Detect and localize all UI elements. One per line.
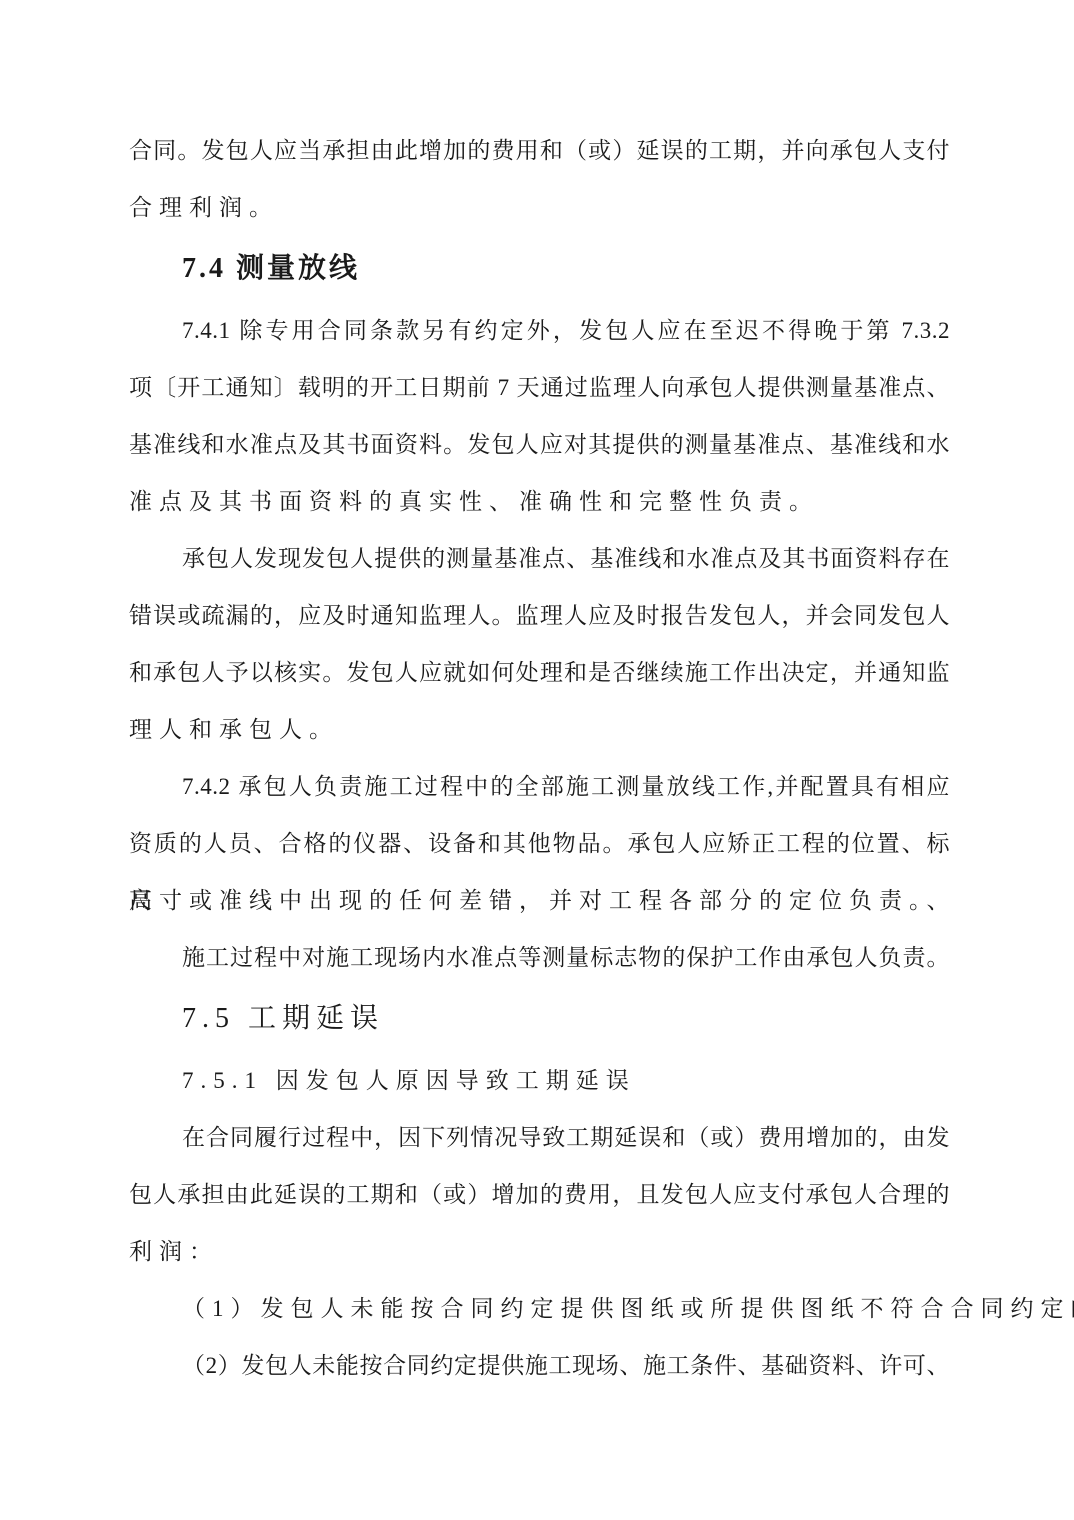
clause-7-4-1-line: 7.4.1 除专用合同条款另有约定外，发包人应在至迟不得晚于第 7.3.2 [129, 302, 950, 359]
document-line: 资质的人员、合格的仪器、设备和其他物品。承包人应矫正工程的位置、标高、 [129, 815, 950, 872]
document-line: 包人承担由此延误的工期和（或）增加的费用，且发包人应支付承包人合理的 [129, 1166, 950, 1223]
document-line: 准点及其书面资料的真实性、准确性和完整性负责。 [129, 473, 950, 530]
document-line: 项〔开工通知〕载明的开工日期前 7 天通过监理人向承包人提供测量基准点、 [129, 359, 950, 416]
section-heading-7-5: 7.5 工期延误 [129, 986, 950, 1052]
document-page: 合同。发包人应当承担由此增加的费用和（或）延误的工期，并向承包人支付 合理利润。… [0, 0, 1074, 1520]
document-line: 错误或疏漏的，应及时通知监理人。监理人应及时报告发包人，并会同发包人 [129, 587, 950, 644]
document-line: 承包人发现发包人提供的测量基准点、基准线和水准点及其书面资料存在 [129, 530, 950, 587]
document-line: 基准线和水准点及其书面资料。发包人应对其提供的测量基准点、基准线和水 [129, 416, 950, 473]
document-line: 合理利润。 [129, 179, 950, 236]
clause-7-4-2-line: 7.4.2 承包人负责施工过程中的全部施工测量放线工作,并配置具有相应 [129, 758, 950, 815]
list-item-1-line: （1）发包人未能按合同约定提供图纸或所提供图纸不符合合同约定的； [129, 1280, 950, 1337]
list-item-2-line: （2）发包人未能按合同约定提供施工现场、施工条件、基础资料、许可、 [129, 1337, 950, 1394]
document-line: 理人和承包人。 [129, 701, 950, 758]
document-line: 在合同履行过程中，因下列情况导致工期延误和（或）费用增加的，由发 [129, 1109, 950, 1166]
document-line: 尺寸或准线中出现的任何差错，并对工程各部分的定位负责。 [129, 872, 950, 929]
document-line: 合同。发包人应当承担由此增加的费用和（或）延误的工期，并向承包人支付 [129, 122, 950, 179]
section-heading-7-4: 7.4 测量放线 [129, 236, 950, 302]
document-line: 利润： [129, 1223, 950, 1280]
clause-7-5-1-line: 7.5.1 因发包人原因导致工期延误 [129, 1052, 950, 1109]
document-line: 施工过程中对施工现场内水准点等测量标志物的保护工作由承包人负责。 [129, 929, 950, 986]
document-line: 和承包人予以核实。发包人应就如何处理和是否继续施工作出决定，并通知监 [129, 644, 950, 701]
